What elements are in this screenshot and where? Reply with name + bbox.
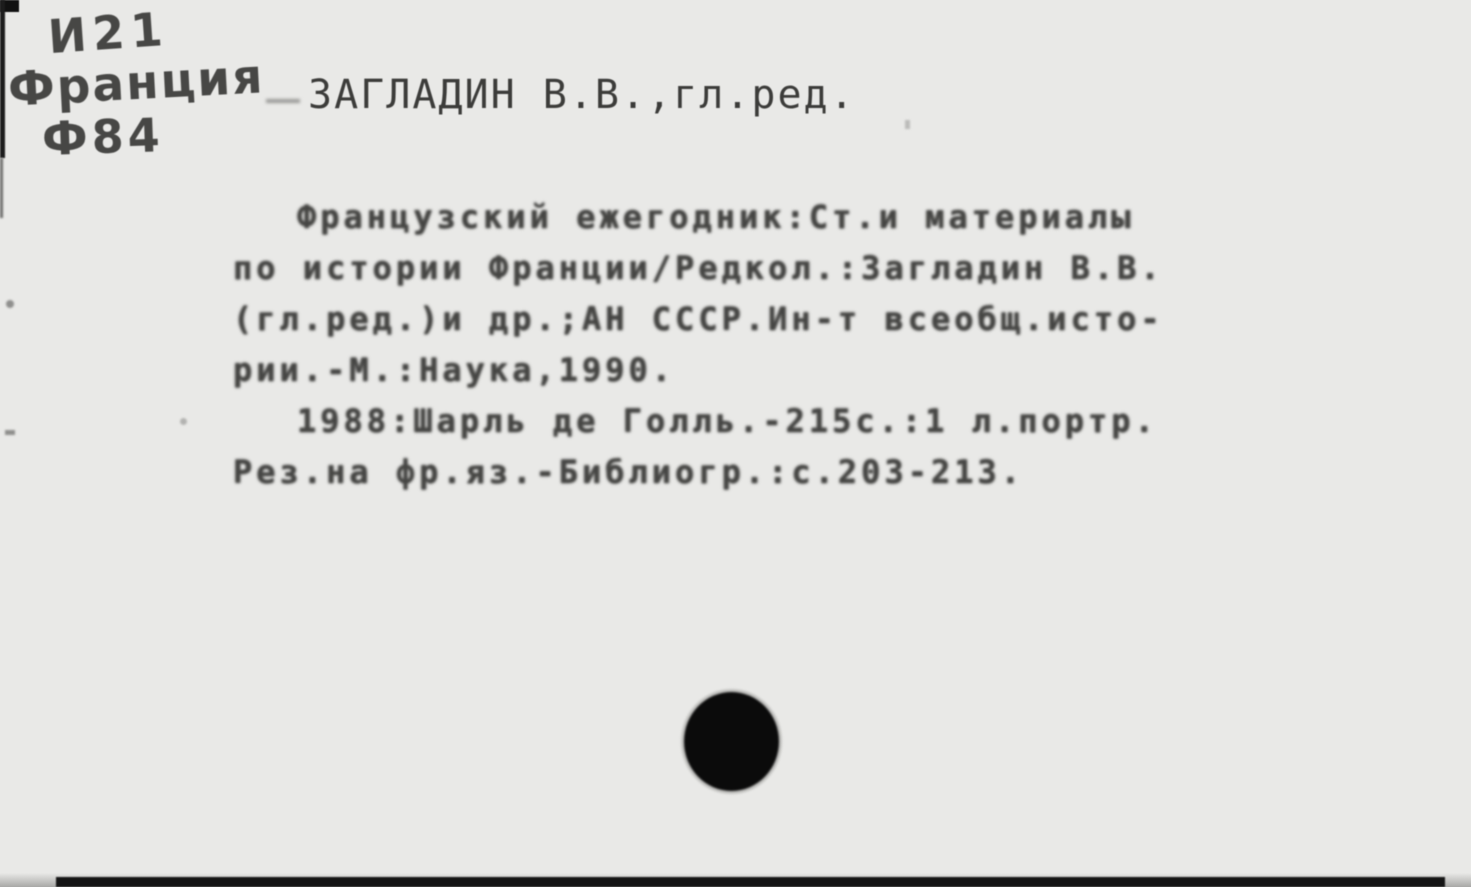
scan-left-edge-fade	[0, 158, 3, 218]
body-line: рии.-М.:Наука,1990.	[233, 345, 1383, 396]
body-line: Французский ежегодник:Ст.и материалы	[233, 192, 1383, 243]
call-number-subject: Франция	[7, 49, 266, 117]
scan-left-edge-artifact	[0, 0, 5, 158]
bottom-edge-bar	[56, 877, 1445, 887]
hole-punch-dot	[684, 692, 779, 791]
body-line: (гл.ред.)и др.;АН СССР.Ин-т всеобщ.исто-	[233, 294, 1383, 345]
card-heading-editor: ЗАГЛАДИН В.В.,гл.ред.	[308, 72, 856, 118]
call-number-cutter: Ф84	[41, 108, 164, 166]
scan-speck	[905, 120, 910, 129]
catalog-card-scan: И21 Франция Ф84 ЗАГЛАДИН В.В.,гл.ред. Фр…	[0, 0, 1471, 887]
smudge-mark	[266, 99, 300, 103]
body-line: Рез.на фр.яз.-Библиогр.:с.203-213.	[233, 447, 1383, 498]
scan-speck	[5, 430, 15, 435]
scan-speck	[180, 418, 187, 425]
body-line: по истории Франции/Редкол.:Загладин В.В.	[233, 243, 1383, 294]
bibliographic-description: Французский ежегодник:Ст.и материалы по …	[233, 192, 1383, 498]
scan-speck	[6, 300, 14, 308]
body-line: 1988:Шарль де Голль.-215с.:1 л.портр.	[233, 396, 1383, 447]
